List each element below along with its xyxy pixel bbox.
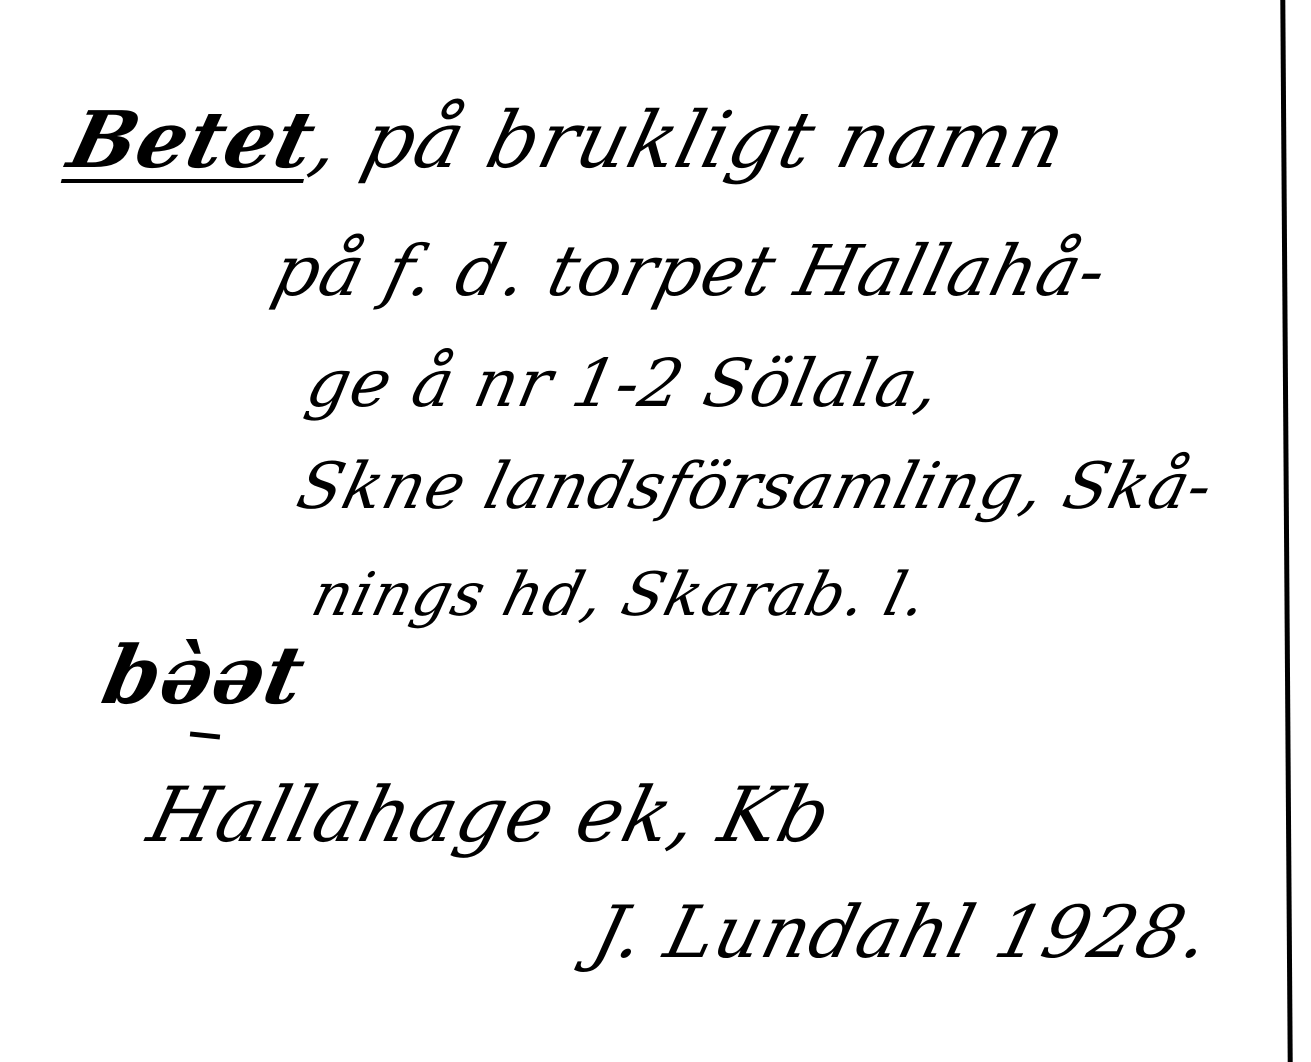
- archive-card: Betet, på brukligt namn på f. d. torpet …: [0, 0, 1311, 1062]
- line-3: ge å nr 1-2 Sölala,: [300, 345, 947, 422]
- card-right-edge: [1280, 0, 1292, 1062]
- note-line: Hallahage ek, Kb: [140, 770, 841, 859]
- line-1-text: , på brukligt namn: [302, 96, 1075, 186]
- headword: Betet: [60, 95, 325, 186]
- phonetic-underbar: [190, 731, 220, 739]
- line-4: Skne landsförsamling, Skå-: [290, 450, 1221, 524]
- line-2: på f. d. torpet Hallahå-: [265, 230, 1116, 312]
- signature: J. Lundahl 1928.: [585, 890, 1219, 974]
- line-1: Betet, på brukligt namn: [60, 95, 1075, 186]
- phonetic-transcription: bə̀ət: [95, 628, 314, 722]
- line-5: nings hd, Skarab. l.: [305, 560, 935, 630]
